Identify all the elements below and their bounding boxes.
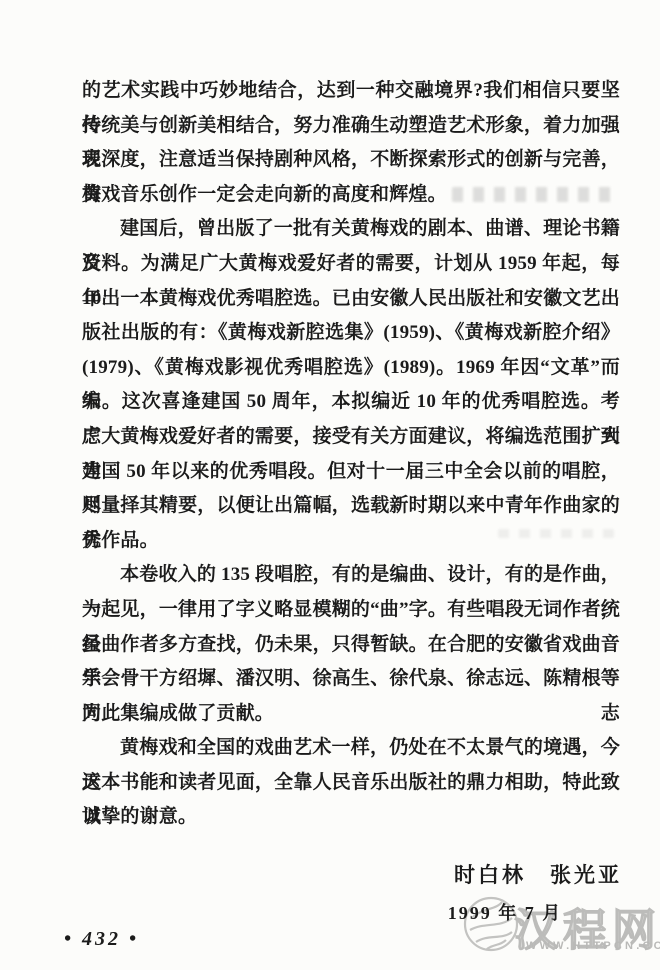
text-line: 一起见，一律用了字义略显模糊的“曲”字。有些唱段无词作者，虽 xyxy=(82,593,620,628)
text-line: 这本书能和读者见面，全靠人民音乐出版社的鼎力相助，特此致以 xyxy=(82,766,620,801)
text-line: 传统美与创新美相结合，努力准确生动塑造艺术形象，着力加强表 xyxy=(82,109,620,144)
text-line: 梅戏音乐创作一定会走向新的高度和辉煌。 xyxy=(82,178,620,213)
text-line: 的艺术实践中巧妙地结合，达到一种交融境界?我们相信只要坚持 xyxy=(82,74,620,109)
text-line: 尽量择其精要，以便让出篇幅，选载新时期以来中青年作曲家的优 xyxy=(82,489,620,524)
signature-block: 时白林 张光亚 1999 年 7 月 xyxy=(430,862,622,925)
text-line: 诚挚的谢意。 xyxy=(82,800,620,835)
signature-date: 1999 年 7 月 xyxy=(430,899,622,925)
text-line: 秀作品。 xyxy=(82,524,620,559)
text-line: 建国 50 年以来的优秀唱段。但对十一届三中全会以前的唱腔，则 xyxy=(82,455,620,490)
text-line: 版社出版的有：《黄梅戏新腔选集》(1959)、《黄梅戏新腔介绍》 xyxy=(82,316,620,351)
paragraph: 黄梅戏和全国的戏曲艺术一样，仍处在不太景气的境遇，今天 这本书能和读者见面，全靠… xyxy=(82,731,620,835)
text-line: 编。这次喜逢建国 50 周年，本拟编近 10 年的优秀唱腔选。考虑到 xyxy=(82,385,620,420)
text-line: 学会骨干方绍墀、潘汉明、徐高生、徐代泉、徐志远、陈精根等同志 xyxy=(82,662,620,697)
text-line: 黄梅戏和全国的戏曲艺术一样，仍处在不太景气的境遇，今天 xyxy=(82,731,620,766)
text-line: 资料。为满足广大黄梅戏爱好者的需要，计划从 1959 年起，每 10 xyxy=(82,247,620,282)
paragraph: 建国后，曾出版了一批有关黄梅戏的剧本、曲谱、理论书籍及 资料。为满足广大黄梅戏爱… xyxy=(82,212,620,558)
body-text: 的艺术实践中巧妙地结合，达到一种交融境界?我们相信只要坚持 传统美与创新美相结合… xyxy=(82,74,620,835)
text-line: 建国后，曾出版了一批有关黄梅戏的剧本、曲谱、理论书籍及 xyxy=(82,212,620,247)
book-page: 的艺术实践中巧妙地结合，达到一种交融境界?我们相信只要坚持 传统美与创新美相结合… xyxy=(0,0,660,970)
paragraph: 本卷收入的 135 段唱腔，有的是编曲、设计，有的是作曲，为统 一起见，一律用了… xyxy=(82,558,620,731)
text-line: 年出一本黄梅戏优秀唱腔选。已由安徽人民出版社和安徽文艺出 xyxy=(82,282,620,317)
watermark-url: WWW.HTTPCN.COM xyxy=(526,940,660,952)
text-line: 现深度，注意适当保持剧种风格，不断探索形式的创新与完善，黄 xyxy=(82,143,620,178)
paragraph: 的艺术实践中巧妙地结合，达到一种交融境界?我们相信只要坚持 传统美与创新美相结合… xyxy=(82,74,620,212)
text-line: 广大黄梅戏爱好者的需要，接受有关方面建议，将编选范围扩大为 xyxy=(82,420,620,455)
text-line: 本卷收入的 135 段唱腔，有的是编曲、设计，有的是作曲，为统 xyxy=(82,558,620,593)
author-names: 时白林 张光亚 xyxy=(430,862,622,888)
text-line: 经曲作者多方查找，仍未果，只得暂缺。在合肥的安徽省戏曲音乐 xyxy=(82,628,620,663)
page-number: • 432 • xyxy=(64,928,139,951)
text-line: (1979)、《黄梅戏影视优秀唱腔选》(1989)。1969 年因“文革”而未 xyxy=(82,351,620,386)
